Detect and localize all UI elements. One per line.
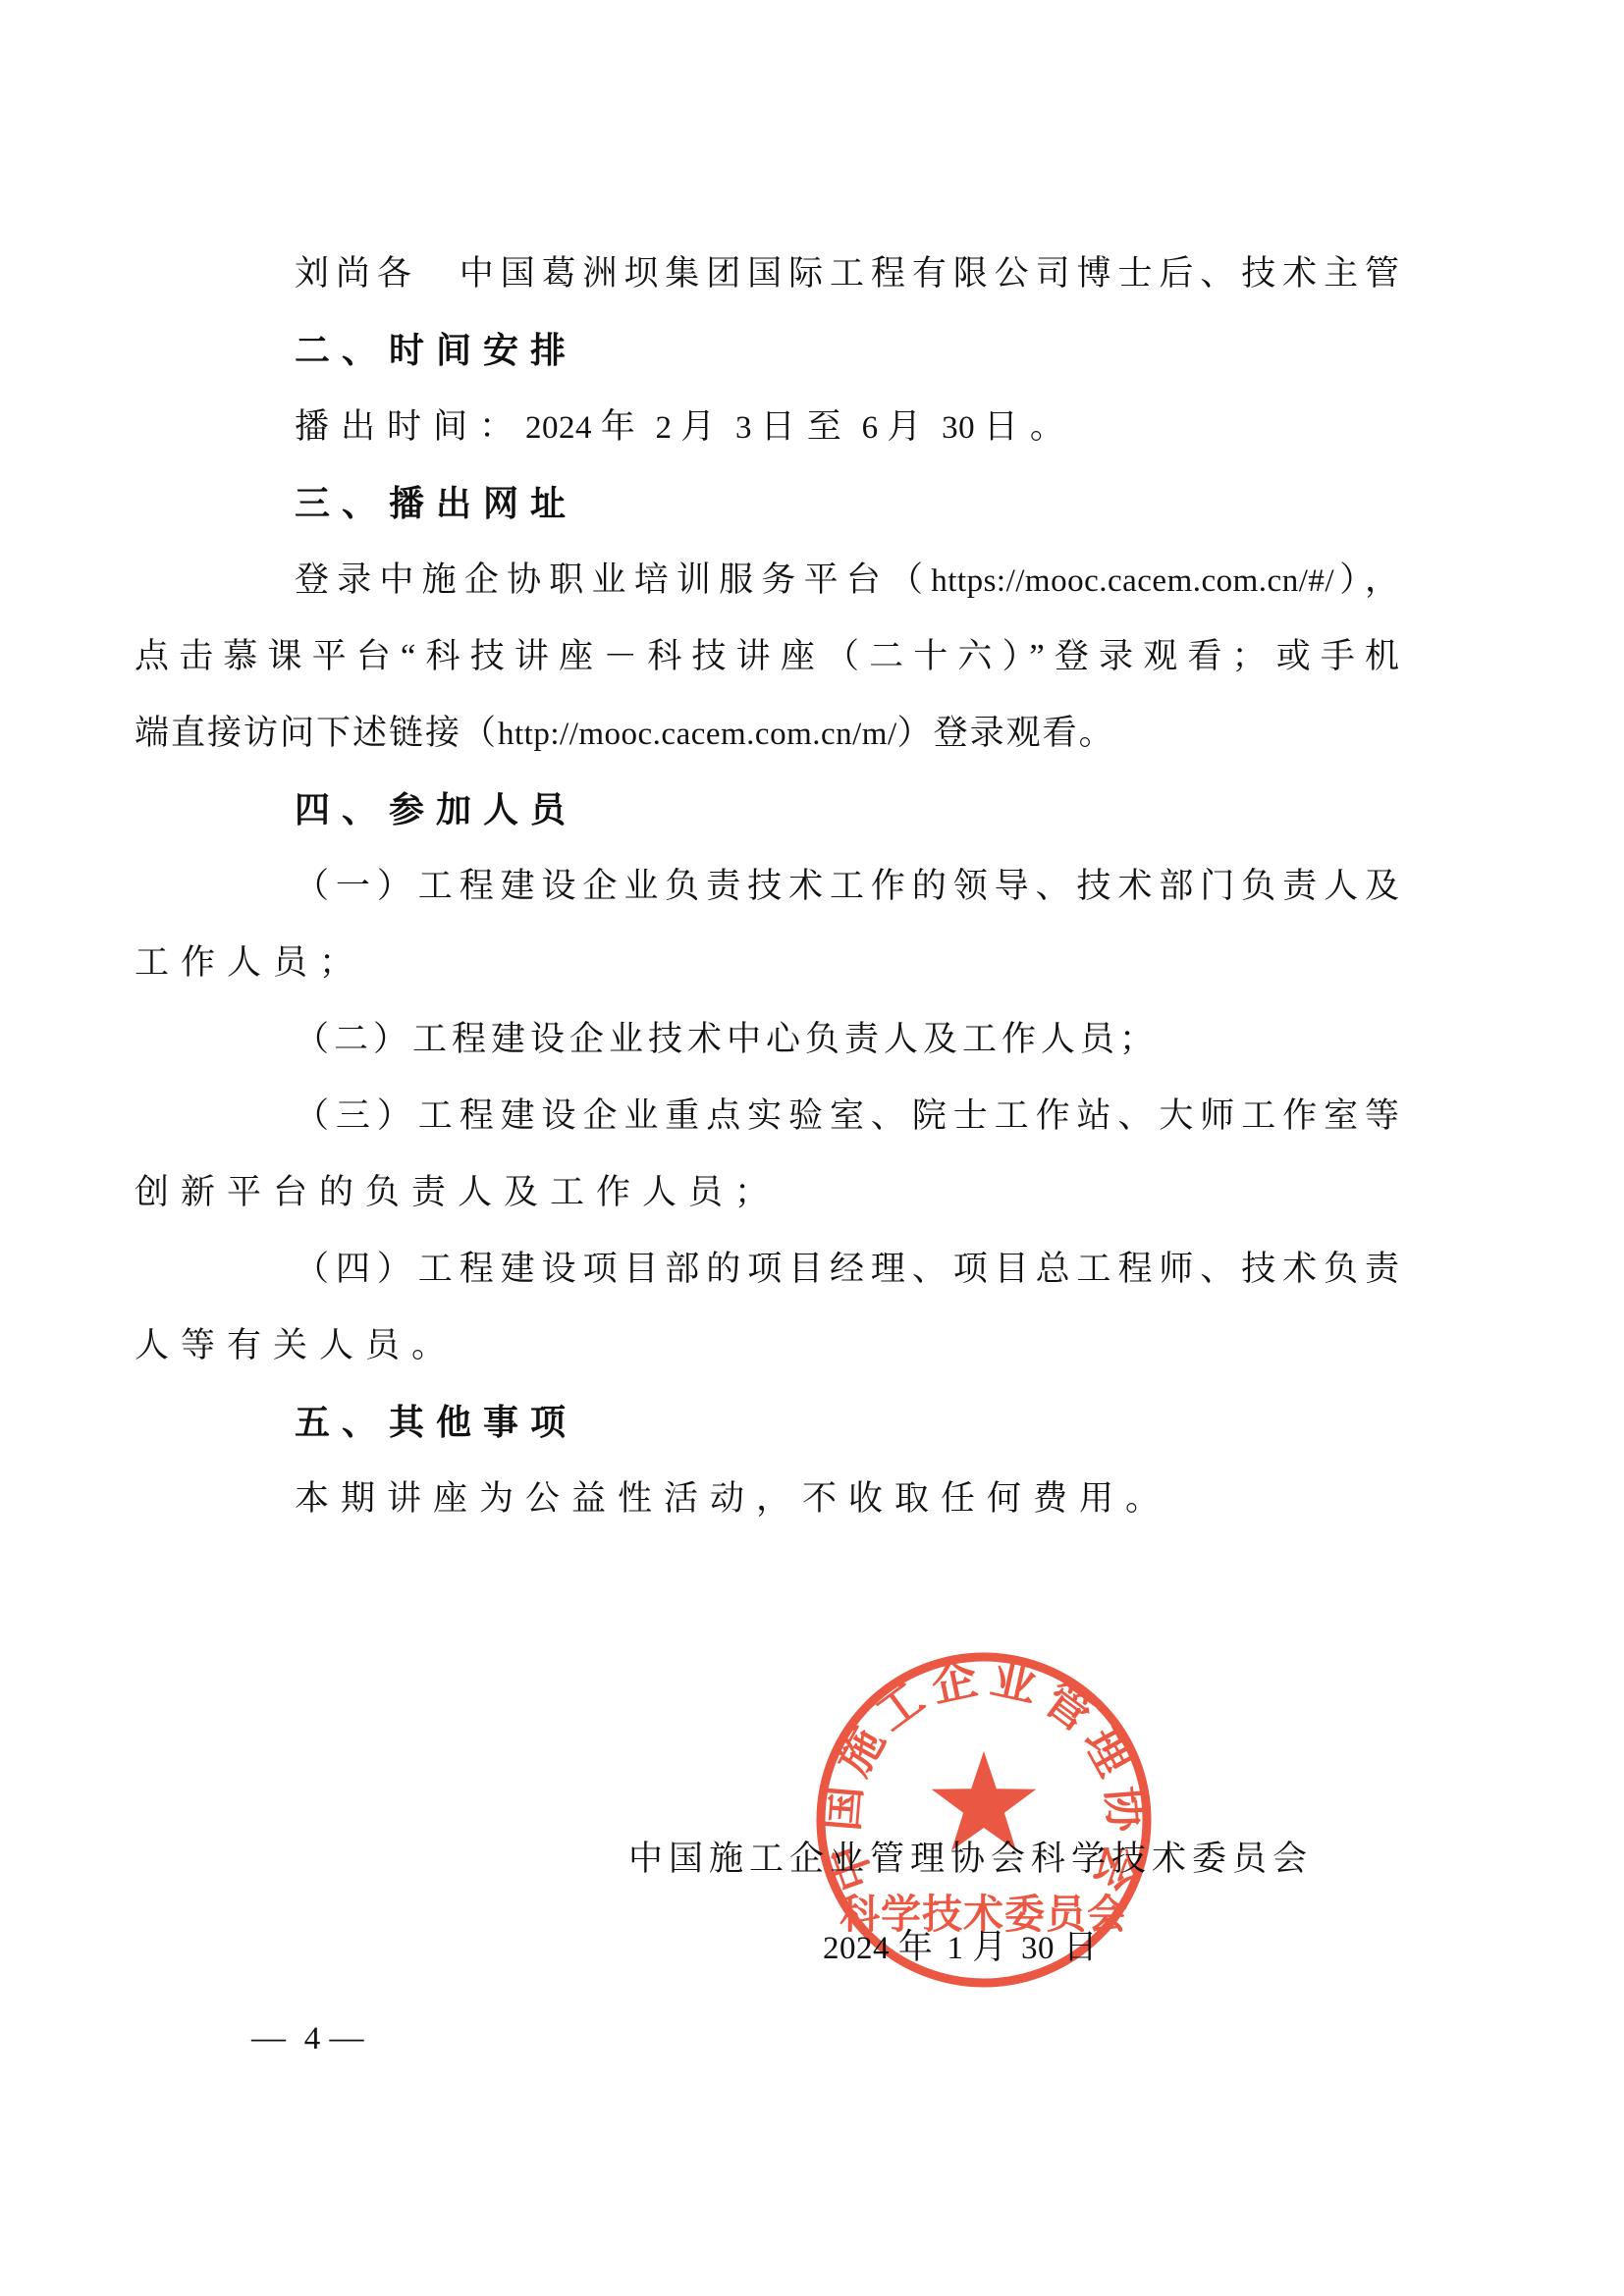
section-heading-time: 二、时间安排 xyxy=(135,312,1402,389)
section-heading-url: 三、播出网址 xyxy=(135,465,1402,542)
page-number: — 4 — xyxy=(251,2012,374,2064)
seal-center-text: 科学技术委员会 xyxy=(839,1892,1128,1937)
document-content: 刘尚各 中国葛洲坝集团国际工程有限公司博士后、技术主管 二、时间安排 播出时间：… xyxy=(135,236,1402,1537)
document-line: 播出时间：2024 年 2 月 3 日至 6 月 30 日。 xyxy=(135,389,1402,465)
document-line: （二）工程建设企业技术中心负责人及工作人员； xyxy=(135,1001,1402,1078)
document-line: 人等有关人员。 xyxy=(135,1308,1402,1384)
section-heading-other: 五、其他事项 xyxy=(135,1384,1402,1461)
seal-star-icon xyxy=(932,1751,1037,1850)
document-line: （四）工程建设项目部的项目经理、项目总工程师、技术负责 xyxy=(135,1231,1402,1308)
document-line: 本期讲座为公益性活动，不收取任何费用。 xyxy=(135,1461,1402,1537)
document-line: 创新平台的负责人及工作人员； xyxy=(135,1154,1402,1231)
document-page: 刘尚各 中国葛洲坝集团国际工程有限公司博士后、技术主管 二、时间安排 播出时间：… xyxy=(0,0,1624,2296)
document-line: 刘尚各 中国葛洲坝集团国际工程有限公司博士后、技术主管 xyxy=(135,236,1402,312)
section-heading-participants: 四、参加人员 xyxy=(135,772,1402,848)
document-line: 工作人员； xyxy=(135,925,1402,1001)
document-line: 端直接访问下述链接（http://mooc.cacem.com.cn/m/）登录… xyxy=(135,695,1402,772)
document-line: （三）工程建设企业重点实验室、院士工作站、大师工作室等 xyxy=(135,1078,1402,1154)
document-line: （一）工程建设企业负责技术工作的领导、技术部门负责人及 xyxy=(135,848,1402,925)
document-line: 点击慕课平台“科技讲座－科技讲座（二十六）”登录观看；或手机 xyxy=(135,618,1402,695)
official-seal: 中国施工企业管理协会 科学技术委员会 xyxy=(807,1643,1161,1997)
document-line: 登录中施企协职业培训服务平台（https://mooc.cacem.com.cn… xyxy=(135,542,1402,618)
